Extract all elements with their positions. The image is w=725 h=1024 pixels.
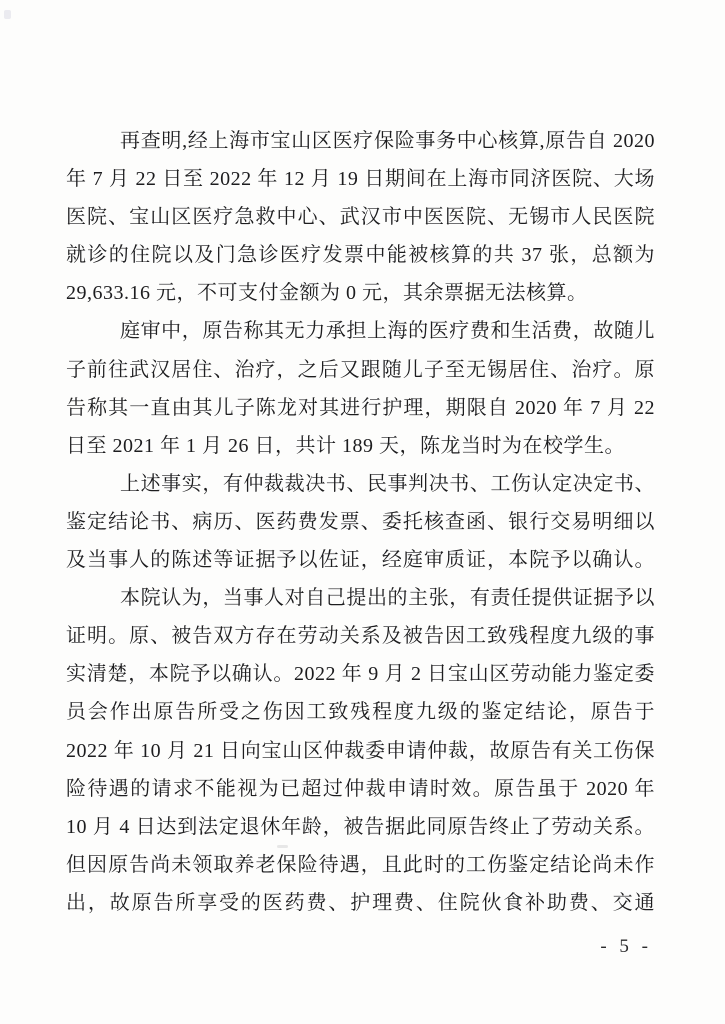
text-line: 告称其一直由其儿子陈龙对其进行护理，期限自 2020 年 7 月 22: [66, 389, 655, 427]
text-line: 实清楚，本院予以确认。2022 年 9 月 2 日宝山区劳动能力鉴定委: [66, 655, 655, 693]
text-line: 10 月 4 日达到法定退休年龄，被告据此同原告终止了劳动关系。: [66, 808, 655, 846]
text-line: 就诊的住院以及门急诊医疗发票中能被核算的共 37 张，总额为: [66, 236, 655, 274]
scanned-judgment-page: 再查明,经上海市宝山区医疗保险事务中心核算,原告自 2020 年 7 月 22 …: [0, 0, 725, 1024]
text-line: 员会作出原告所受之伤因工致残程度九级的鉴定结论，原告于: [66, 693, 655, 731]
page-number: - 5 -: [0, 936, 652, 958]
text-line: 但因原告尚未领取养老保险待遇，且此时的工伤鉴定结论尚未作: [66, 846, 655, 884]
text-line: 年 7 月 22 日至 2022 年 12 月 19 日期间在上海市同济医院、大…: [66, 160, 655, 198]
text-line: 2022 年 10 月 21 日向宝山区仲裁委申请仲裁，故原告有关工伤保: [66, 732, 655, 770]
text-line: 出，故原告所享受的医药费、护理费、住院伙食补助费、交通费、: [66, 884, 655, 922]
judgment-body-text: 再查明,经上海市宝山区医疗保险事务中心核算,原告自 2020 年 7 月 22 …: [66, 122, 655, 922]
text-line: 证明。原、被告双方存在劳动关系及被告因工致残程度九级的事: [66, 617, 655, 655]
scan-artifact-smudge: [277, 845, 288, 848]
text-line: 医院、宝山区医疗急救中心、武汉市中医医院、无锡市人民医院: [66, 198, 655, 236]
text-line: 鉴定结论书、病历、医药费发票、委托核查函、银行交易明细以: [66, 503, 655, 541]
text-line: 日至 2021 年 1 月 26 日，共计 189 天，陈龙当时为在校学生。: [66, 427, 655, 465]
text-line: 及当事人的陈述等证据予以佐证，经庭审质证，本院予以确认。: [66, 541, 655, 579]
scan-artifact-top-left: [4, 10, 11, 19]
text-line: 庭审中，原告称其无力承担上海的医疗费和生活费，故随儿: [66, 312, 655, 350]
text-line: 上述事实，有仲裁裁决书、民事判决书、工伤认定决定书、: [66, 465, 655, 503]
text-line: 子前往武汉居住、治疗，之后又跟随儿子至无锡居住、治疗。原: [66, 351, 655, 389]
text-line: 29,633.16 元，不可支付金额为 0 元，其余票据无法核算。: [66, 274, 655, 312]
text-line: 险待遇的请求不能视为已超过仲裁申请时效。原告虽于 2020 年: [66, 770, 655, 808]
text-line: 本院认为，当事人对自己提出的主张，有责任提供证据予以: [66, 579, 655, 617]
text-line: 再查明,经上海市宝山区医疗保险事务中心核算,原告自 2020: [66, 122, 655, 160]
